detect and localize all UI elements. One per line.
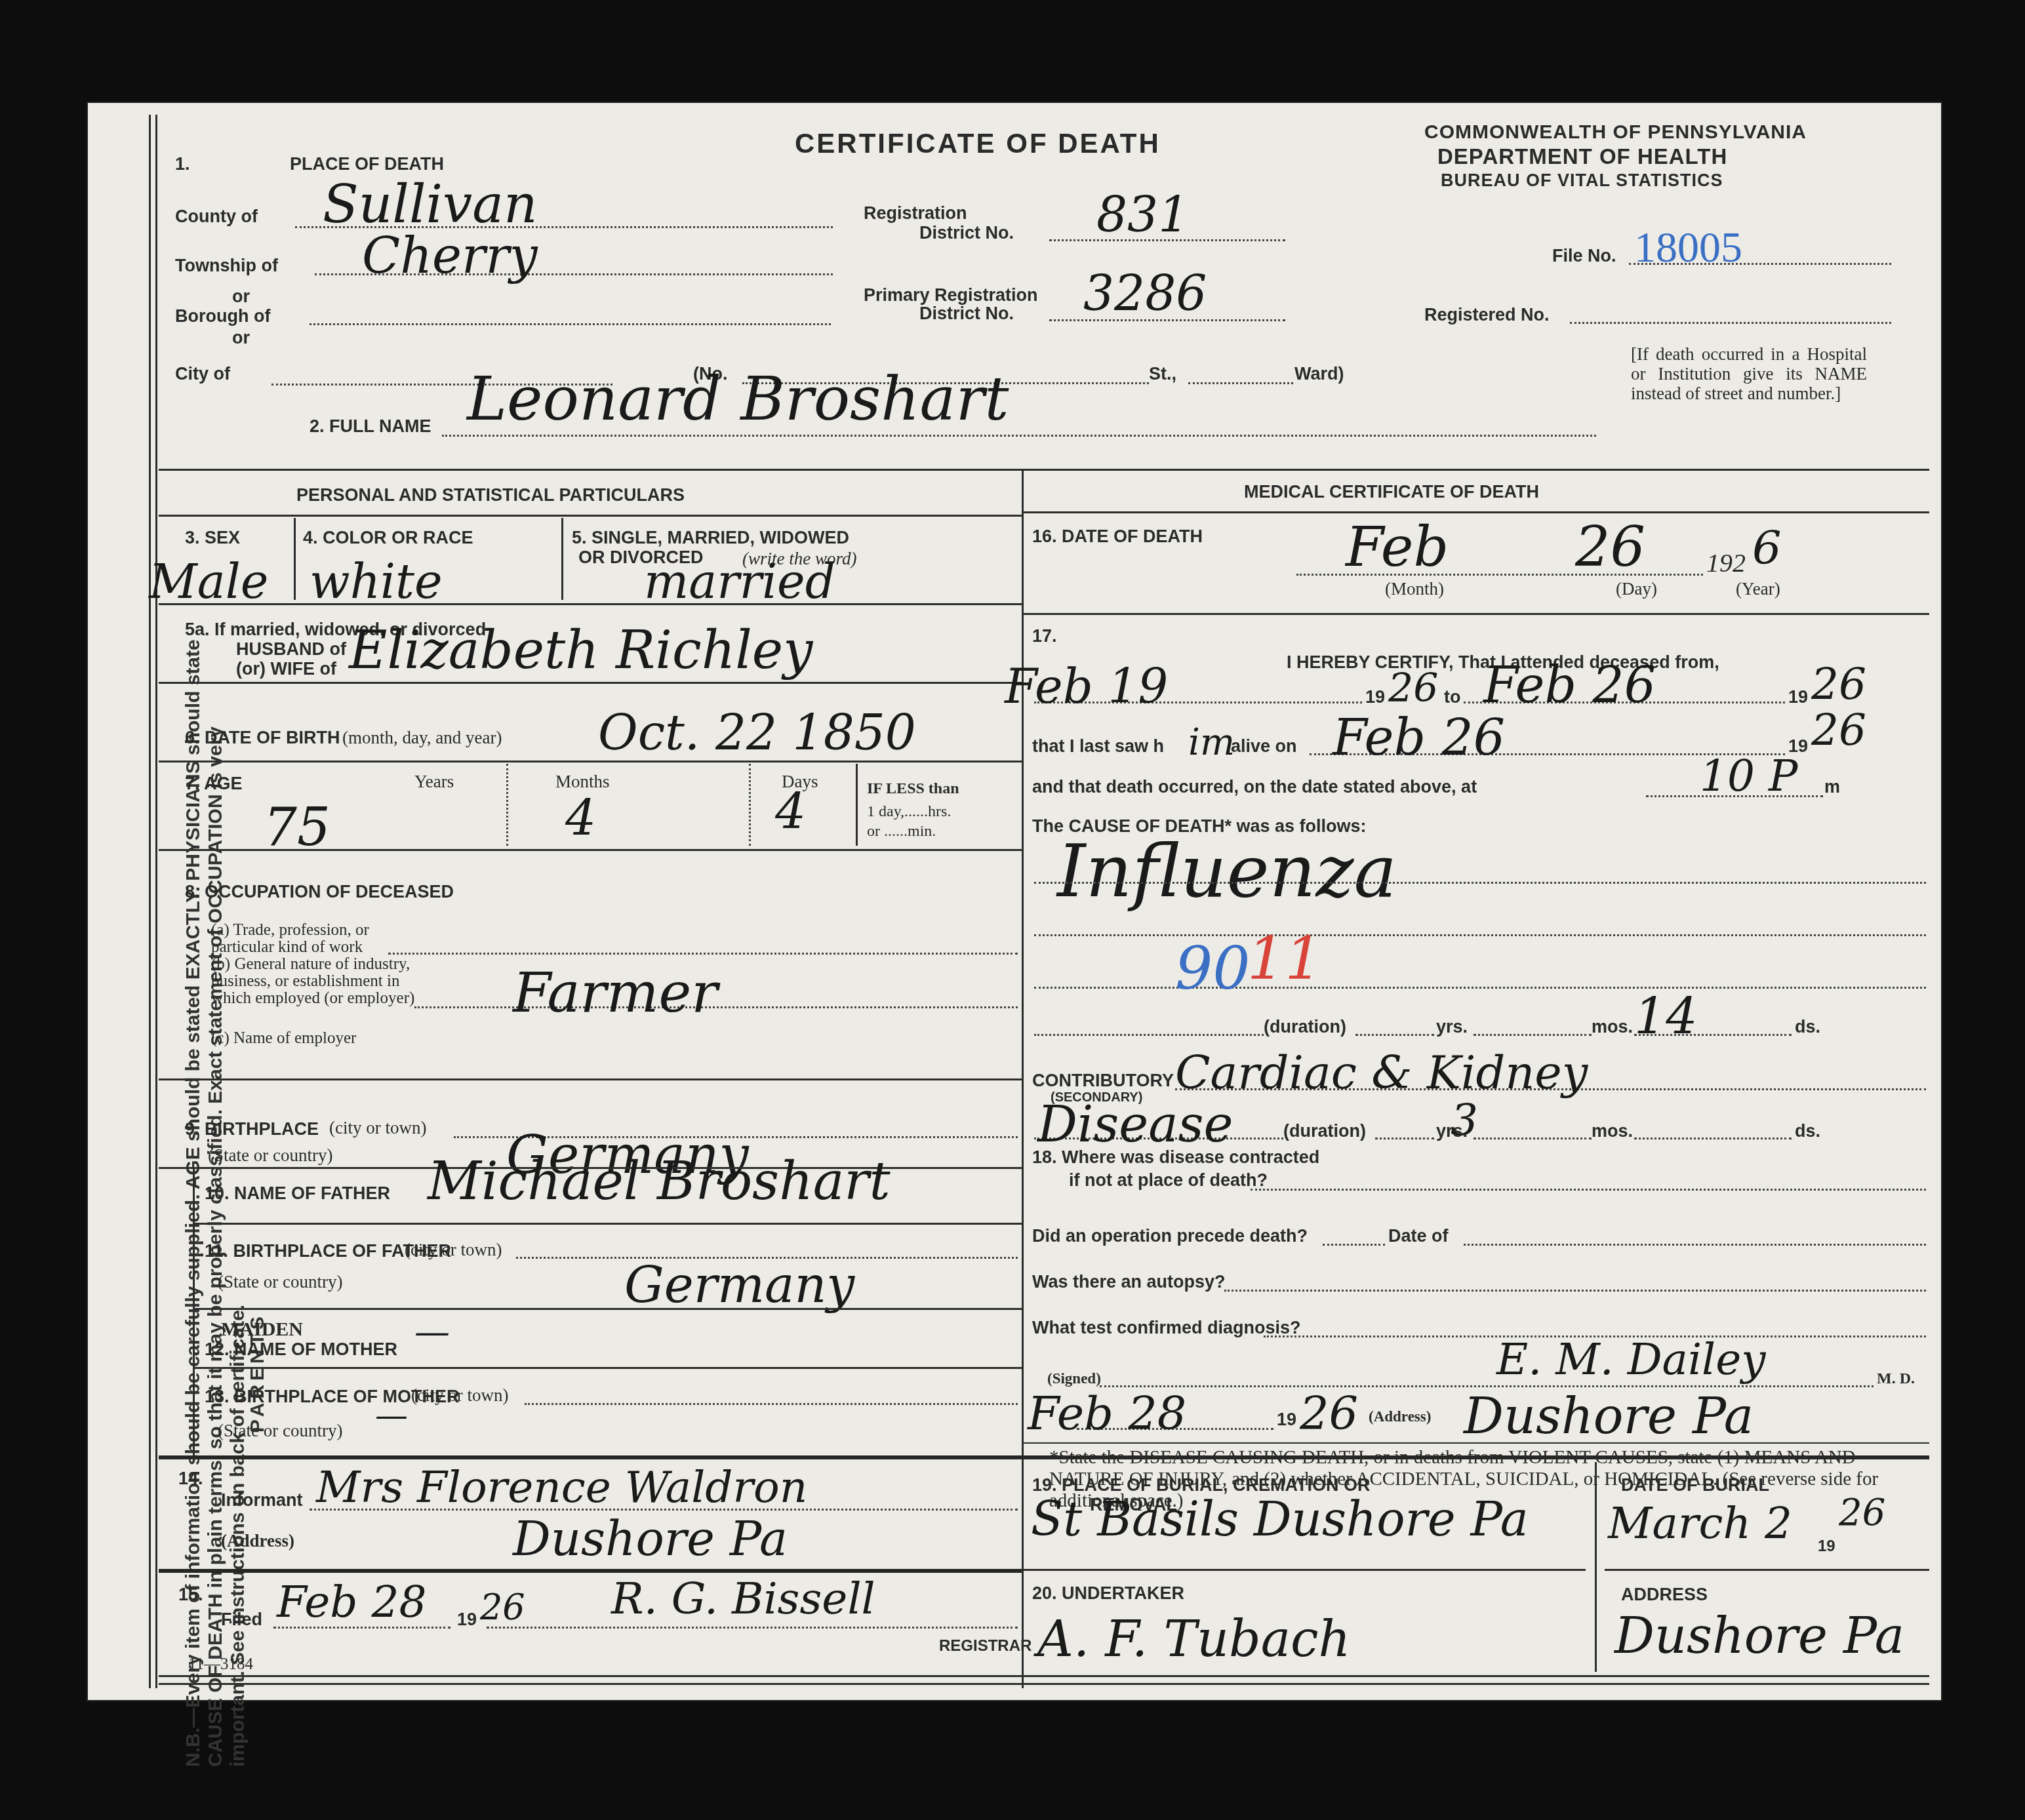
physician-address-value[interactable]: Dushore Pa xyxy=(1464,1387,1754,1445)
registrar-label: REGISTRAR xyxy=(939,1637,1032,1655)
alive-on-label: alive on xyxy=(1231,736,1297,757)
date-of-death-year-prefix: 192 xyxy=(1706,547,1746,578)
primary-district-value[interactable]: 3286 xyxy=(1083,266,1207,322)
mother-birthplace-line xyxy=(525,1403,1018,1405)
margin-rule xyxy=(149,115,151,1688)
borough-label: Borough of xyxy=(175,306,270,326)
divider xyxy=(193,1223,1022,1225)
ward-line xyxy=(1188,382,1293,384)
divider xyxy=(159,1078,1022,1080)
agency-line3: BUREAU OF VITAL STATISTICS xyxy=(1441,170,1723,191)
sex-label: 3. SEX xyxy=(185,528,240,548)
years-label: Years xyxy=(414,772,454,792)
agency-line2: DEPARTMENT OF HEALTH xyxy=(1437,144,1727,169)
burial-date-label: DATE OF BURIAL xyxy=(1621,1475,1769,1495)
hospital-note: [If death occurred in a Hospital or Inst… xyxy=(1631,344,1867,403)
disease-contracted-label: if not at place of death? xyxy=(1069,1170,1268,1191)
month-caption: (Month) xyxy=(1385,579,1444,599)
birthplace-label: 9. BIRTHPLACE xyxy=(185,1119,319,1139)
attended-to-value[interactable]: Feb 26 xyxy=(1483,656,1656,714)
section-number: 15. xyxy=(178,1585,203,1605)
undertaker-address-value[interactable]: Dushore Pa xyxy=(1614,1606,1904,1665)
duration-months-line xyxy=(1474,1137,1592,1139)
year-prefix: 19 xyxy=(1818,1537,1835,1556)
age-days-value[interactable]: 4 xyxy=(775,783,806,840)
informant-label: Informant xyxy=(221,1490,303,1511)
form-number: 11—3184 xyxy=(188,1655,253,1674)
time-of-death-value[interactable]: 10 P xyxy=(1700,751,1797,801)
race-label: 4. COLOR OR RACE xyxy=(303,528,473,548)
undertaker-label: 20. UNDERTAKER xyxy=(1032,1583,1184,1604)
to-label: to xyxy=(1444,687,1460,707)
street-label: St., xyxy=(1149,364,1176,384)
margin-rule xyxy=(155,115,157,1688)
parents-divider xyxy=(193,1167,195,1455)
cell-divider xyxy=(856,764,858,846)
duration-days-line xyxy=(1634,1137,1792,1139)
registrar-line xyxy=(487,1627,1018,1629)
occupation-label: 8. OCCUPATION OF DECEASED xyxy=(185,882,454,902)
sex-value[interactable]: Male xyxy=(149,554,268,609)
dob-value[interactable]: Oct. 22 1850 xyxy=(598,705,916,761)
mother-birthplace-hint: (city or town) xyxy=(411,1385,508,1406)
duration-line xyxy=(1034,1034,1264,1036)
birthplace-hint: (city or town) xyxy=(329,1118,426,1138)
months-label: mos. xyxy=(1592,1121,1633,1141)
occupation-b-label: business, or establishment in xyxy=(211,972,399,991)
registration-district-label: District No. xyxy=(919,223,1014,243)
divider xyxy=(193,1308,1022,1310)
months-label: Months xyxy=(555,772,610,792)
months-label: mos. xyxy=(1592,1017,1633,1037)
full-name-value[interactable]: Leonard Broshart xyxy=(467,364,1009,434)
filed-label: Filed xyxy=(221,1610,262,1630)
informant-address-value[interactable]: Dushore Pa xyxy=(513,1511,788,1566)
cell-divider xyxy=(749,764,751,846)
divider xyxy=(159,469,1929,471)
duration-years-line xyxy=(1375,1137,1434,1139)
township-value[interactable]: Cherry xyxy=(362,226,538,285)
burial-divider xyxy=(1595,1462,1597,1672)
place-of-death-heading: PLACE OF DEATH xyxy=(290,154,444,174)
spouse-label: HUSBAND of xyxy=(236,639,346,660)
physician-address-label: (Address) xyxy=(1369,1408,1431,1425)
undertaker-address-label: ADDRESS xyxy=(1621,1585,1708,1605)
cause-code-red: 11 xyxy=(1247,924,1323,993)
burial-place-value[interactable]: St Basils Dushore Pa xyxy=(1031,1492,1529,1547)
cell-divider xyxy=(561,518,563,600)
duration-years-line xyxy=(1355,1034,1434,1036)
last-saw-year[interactable]: 26 xyxy=(1811,705,1866,755)
section-number: 17. xyxy=(1032,626,1057,646)
diagnosis-test-label: What test confirmed diagnosis? xyxy=(1032,1318,1301,1338)
mother-label: 12. NAME OF MOTHER xyxy=(205,1339,397,1360)
birthplace-hint: (State or country) xyxy=(208,1145,332,1166)
cause-line xyxy=(1034,987,1926,989)
cell-divider xyxy=(506,764,508,846)
cause-line xyxy=(1034,934,1926,936)
time-of-death-label: and that death occurred, on the date sta… xyxy=(1032,777,1477,797)
primary-district-label: District No. xyxy=(919,304,1014,324)
registration-district-label: Registration xyxy=(864,203,967,224)
city-label: City of xyxy=(175,364,230,384)
year-prefix: 19 xyxy=(1365,687,1385,707)
signed-year-value[interactable]: 26 xyxy=(1300,1387,1358,1440)
meridiem-label: m xyxy=(1824,777,1840,797)
race-value[interactable]: white xyxy=(310,554,443,609)
autopsy-line xyxy=(1224,1290,1926,1292)
attended-from-year[interactable]: 26 xyxy=(1388,665,1438,711)
physician-signature[interactable]: E. M. Dailey xyxy=(1496,1334,1766,1385)
mother-value[interactable]: — xyxy=(414,1311,450,1353)
mother-birthplace-hint: (State or country) xyxy=(218,1421,342,1441)
years-label: yrs. xyxy=(1436,1121,1468,1141)
year-prefix: 19 xyxy=(1788,687,1808,707)
column-divider xyxy=(1022,469,1024,1688)
full-name-line xyxy=(442,435,1596,437)
year-caption: (Year) xyxy=(1736,579,1780,599)
last-saw-pronoun[interactable]: im xyxy=(1188,721,1235,764)
cause-value[interactable]: Influenza xyxy=(1057,829,1397,913)
agency-line1: COMMONWEALTH OF PENNSYLVANIA xyxy=(1424,121,1807,144)
file-number-label: File No. xyxy=(1552,246,1616,266)
township-label: Township of xyxy=(175,256,278,276)
divider xyxy=(159,515,1022,517)
disease-contracted-line xyxy=(1251,1189,1926,1191)
occupation-b-label: which employed (or employer) xyxy=(211,989,414,1008)
registrar-signature[interactable]: R. G. Bissell xyxy=(611,1573,875,1624)
last-saw-value[interactable]: Feb 26 xyxy=(1333,708,1505,766)
section-number: 14. xyxy=(178,1469,203,1489)
spouse-label: (or) WIFE of xyxy=(236,659,336,679)
maiden-label: MAIDEN xyxy=(221,1318,303,1341)
age-months-value[interactable]: 4 xyxy=(565,790,596,846)
registration-district-value[interactable]: 831 xyxy=(1096,187,1189,243)
divider xyxy=(159,1675,1929,1677)
dob-hint: (month, day, and year) xyxy=(342,728,502,748)
occupation-line xyxy=(388,953,1018,955)
attended-to-year[interactable]: 26 xyxy=(1811,659,1866,709)
divider xyxy=(193,1367,1022,1369)
divider xyxy=(1605,1569,1929,1571)
signed-date-value[interactable]: Feb 28 xyxy=(1028,1387,1186,1440)
age-label: 7. AGE xyxy=(185,774,243,794)
less-than-label: IF LESS than xyxy=(867,780,959,798)
or-label: or xyxy=(232,328,250,348)
father-value[interactable]: Michael Broshart xyxy=(428,1151,891,1212)
occupation-c-label: (c) Name of employer xyxy=(211,1029,356,1048)
occupation-a-label: particular kind of work xyxy=(211,938,363,957)
contributory-label: CONTRIBUTORY xyxy=(1032,1071,1174,1091)
occupation-a-label: (a) Trade, profession, or xyxy=(211,921,369,940)
marital-label: 5. SINGLE, MARRIED, WIDOWED xyxy=(572,528,849,548)
operation-label: Did an operation precede death? xyxy=(1032,1226,1308,1246)
file-number-value[interactable]: 18005 xyxy=(1634,223,1742,273)
burial-date-value[interactable]: March 2 xyxy=(1608,1498,1792,1549)
date-of-death-day[interactable]: 26 xyxy=(1575,515,1645,579)
cause-line xyxy=(1034,882,1926,884)
disease-contracted-label: 18. Where was disease contracted xyxy=(1032,1147,1319,1168)
filed-date-value[interactable]: Feb 28 xyxy=(277,1577,426,1627)
divider xyxy=(159,1683,1929,1685)
divider xyxy=(159,849,1022,851)
divider xyxy=(159,761,1022,762)
operation-date-label: Date of xyxy=(1388,1226,1449,1246)
father-label: 10. NAME OF FATHER xyxy=(205,1183,390,1204)
informant-value[interactable]: Mrs Florence Waldron xyxy=(316,1462,807,1513)
less-than-label: 1 day,......hrs. xyxy=(867,803,951,821)
date-of-death-year[interactable]: 6 xyxy=(1752,521,1782,575)
signed-label: (Signed) xyxy=(1047,1370,1101,1387)
duration-label: (duration) xyxy=(1264,1017,1346,1037)
cause-duration-days[interactable]: 14 xyxy=(1634,987,1698,1045)
mother-birthplace-value[interactable]: — xyxy=(375,1396,408,1434)
or-label: or xyxy=(232,287,250,307)
years-label: yrs. xyxy=(1436,1017,1468,1037)
death-certificate: N.B.—Every item of information should be… xyxy=(87,102,1942,1701)
ward-label: Ward) xyxy=(1294,364,1344,384)
divider xyxy=(1022,511,1929,513)
father-birthplace-value[interactable]: Germany xyxy=(624,1256,854,1314)
father-birthplace-hint: (city or town) xyxy=(405,1240,502,1260)
full-name-label: 2. FULL NAME xyxy=(310,416,431,437)
undertaker-value[interactable]: A. F. Tubach xyxy=(1037,1610,1351,1668)
divider xyxy=(159,603,1022,605)
operation-date-line xyxy=(1464,1244,1926,1246)
personal-heading: PERSONAL AND STATISTICAL PARTICULARS xyxy=(296,485,685,505)
date-of-death-label: 16. DATE OF DEATH xyxy=(1032,526,1203,547)
divider xyxy=(1022,613,1929,615)
md-label: M. D. xyxy=(1877,1370,1915,1388)
year-prefix: 19 xyxy=(1277,1410,1296,1430)
duration-months-line xyxy=(1474,1034,1592,1036)
filed-year-value[interactable]: 26 xyxy=(480,1587,525,1628)
date-of-death-month[interactable]: Feb xyxy=(1346,515,1449,579)
cell-divider xyxy=(294,518,296,600)
days-label: ds. xyxy=(1795,1121,1820,1141)
burial-year-value[interactable]: 26 xyxy=(1839,1492,1885,1534)
registered-number-label: Registered No. xyxy=(1424,305,1550,325)
registered-number-line xyxy=(1570,322,1891,324)
divider xyxy=(159,682,1022,684)
divider xyxy=(1022,1442,1929,1444)
dob-label: 6. DATE OF BIRTH xyxy=(185,728,340,748)
divider xyxy=(1022,1569,1586,1571)
section-number: 1. xyxy=(175,154,190,174)
less-than-label: or ......min. xyxy=(867,823,936,841)
contributory-value-2[interactable]: Disease xyxy=(1037,1095,1233,1153)
duration-label: (duration) xyxy=(1283,1121,1366,1141)
operation-line xyxy=(1323,1244,1385,1246)
day-caption: (Day) xyxy=(1616,579,1657,599)
days-label: ds. xyxy=(1795,1017,1820,1037)
father-birthplace-hint: (State or country) xyxy=(218,1272,342,1292)
spouse-value[interactable]: Elizabeth Richley xyxy=(349,620,812,681)
contributory-value[interactable]: Cardiac & Kidney xyxy=(1175,1046,1588,1099)
autopsy-label: Was there an autopsy? xyxy=(1032,1272,1226,1292)
occupation-b-label: (b) General nature of industry, xyxy=(211,955,410,974)
primary-district-label: Primary Registration xyxy=(864,285,1038,306)
occupation-value[interactable]: Farmer xyxy=(513,960,717,1025)
divider xyxy=(159,1569,1022,1573)
document-title: CERTIFICATE OF DEATH xyxy=(795,128,1161,159)
medical-heading: MEDICAL CERTIFICATE OF DEATH xyxy=(1244,482,1539,502)
last-saw-label: that I last saw h xyxy=(1032,736,1164,757)
cause-code-blue: 90 xyxy=(1175,934,1251,1003)
filed-year-prefix: 19 xyxy=(457,1610,477,1630)
attended-from-value[interactable]: Feb 19 xyxy=(1005,659,1168,714)
marital-value[interactable]: married xyxy=(644,554,835,609)
borough-line xyxy=(310,323,831,325)
informant-address-label: (Address) xyxy=(221,1531,294,1551)
county-label: County of xyxy=(175,207,258,227)
